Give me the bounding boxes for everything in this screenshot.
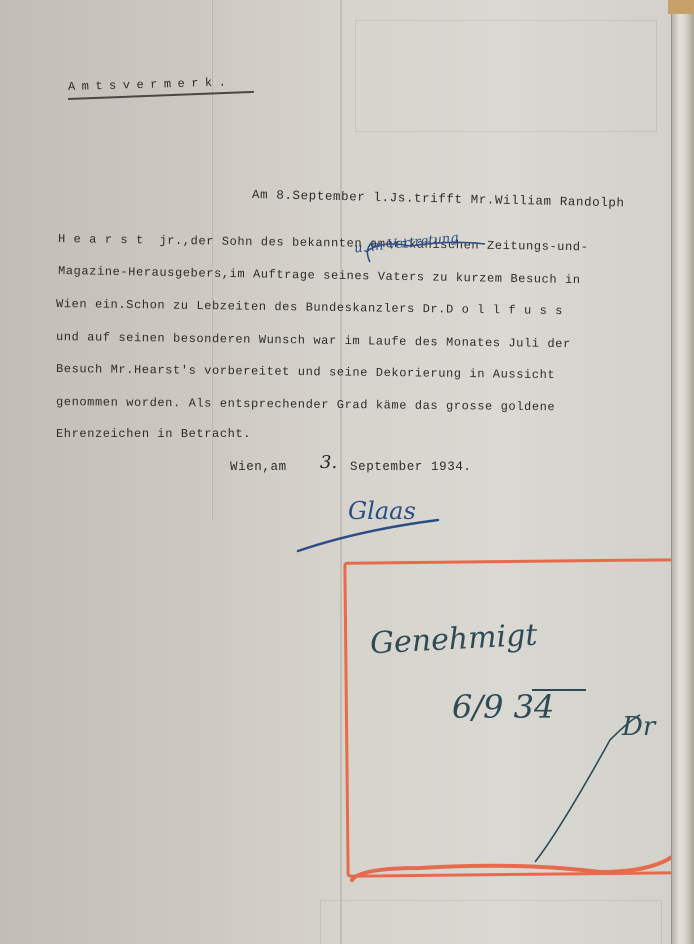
binder-edge — [671, 0, 694, 944]
approval-date: 6/9 34 — [452, 688, 554, 726]
approval-initials: Dr — [622, 712, 655, 742]
document-page: Amtsvermerk. Am 8.September l.Js.trifft … — [0, 0, 672, 944]
binder-clip — [668, 0, 694, 14]
